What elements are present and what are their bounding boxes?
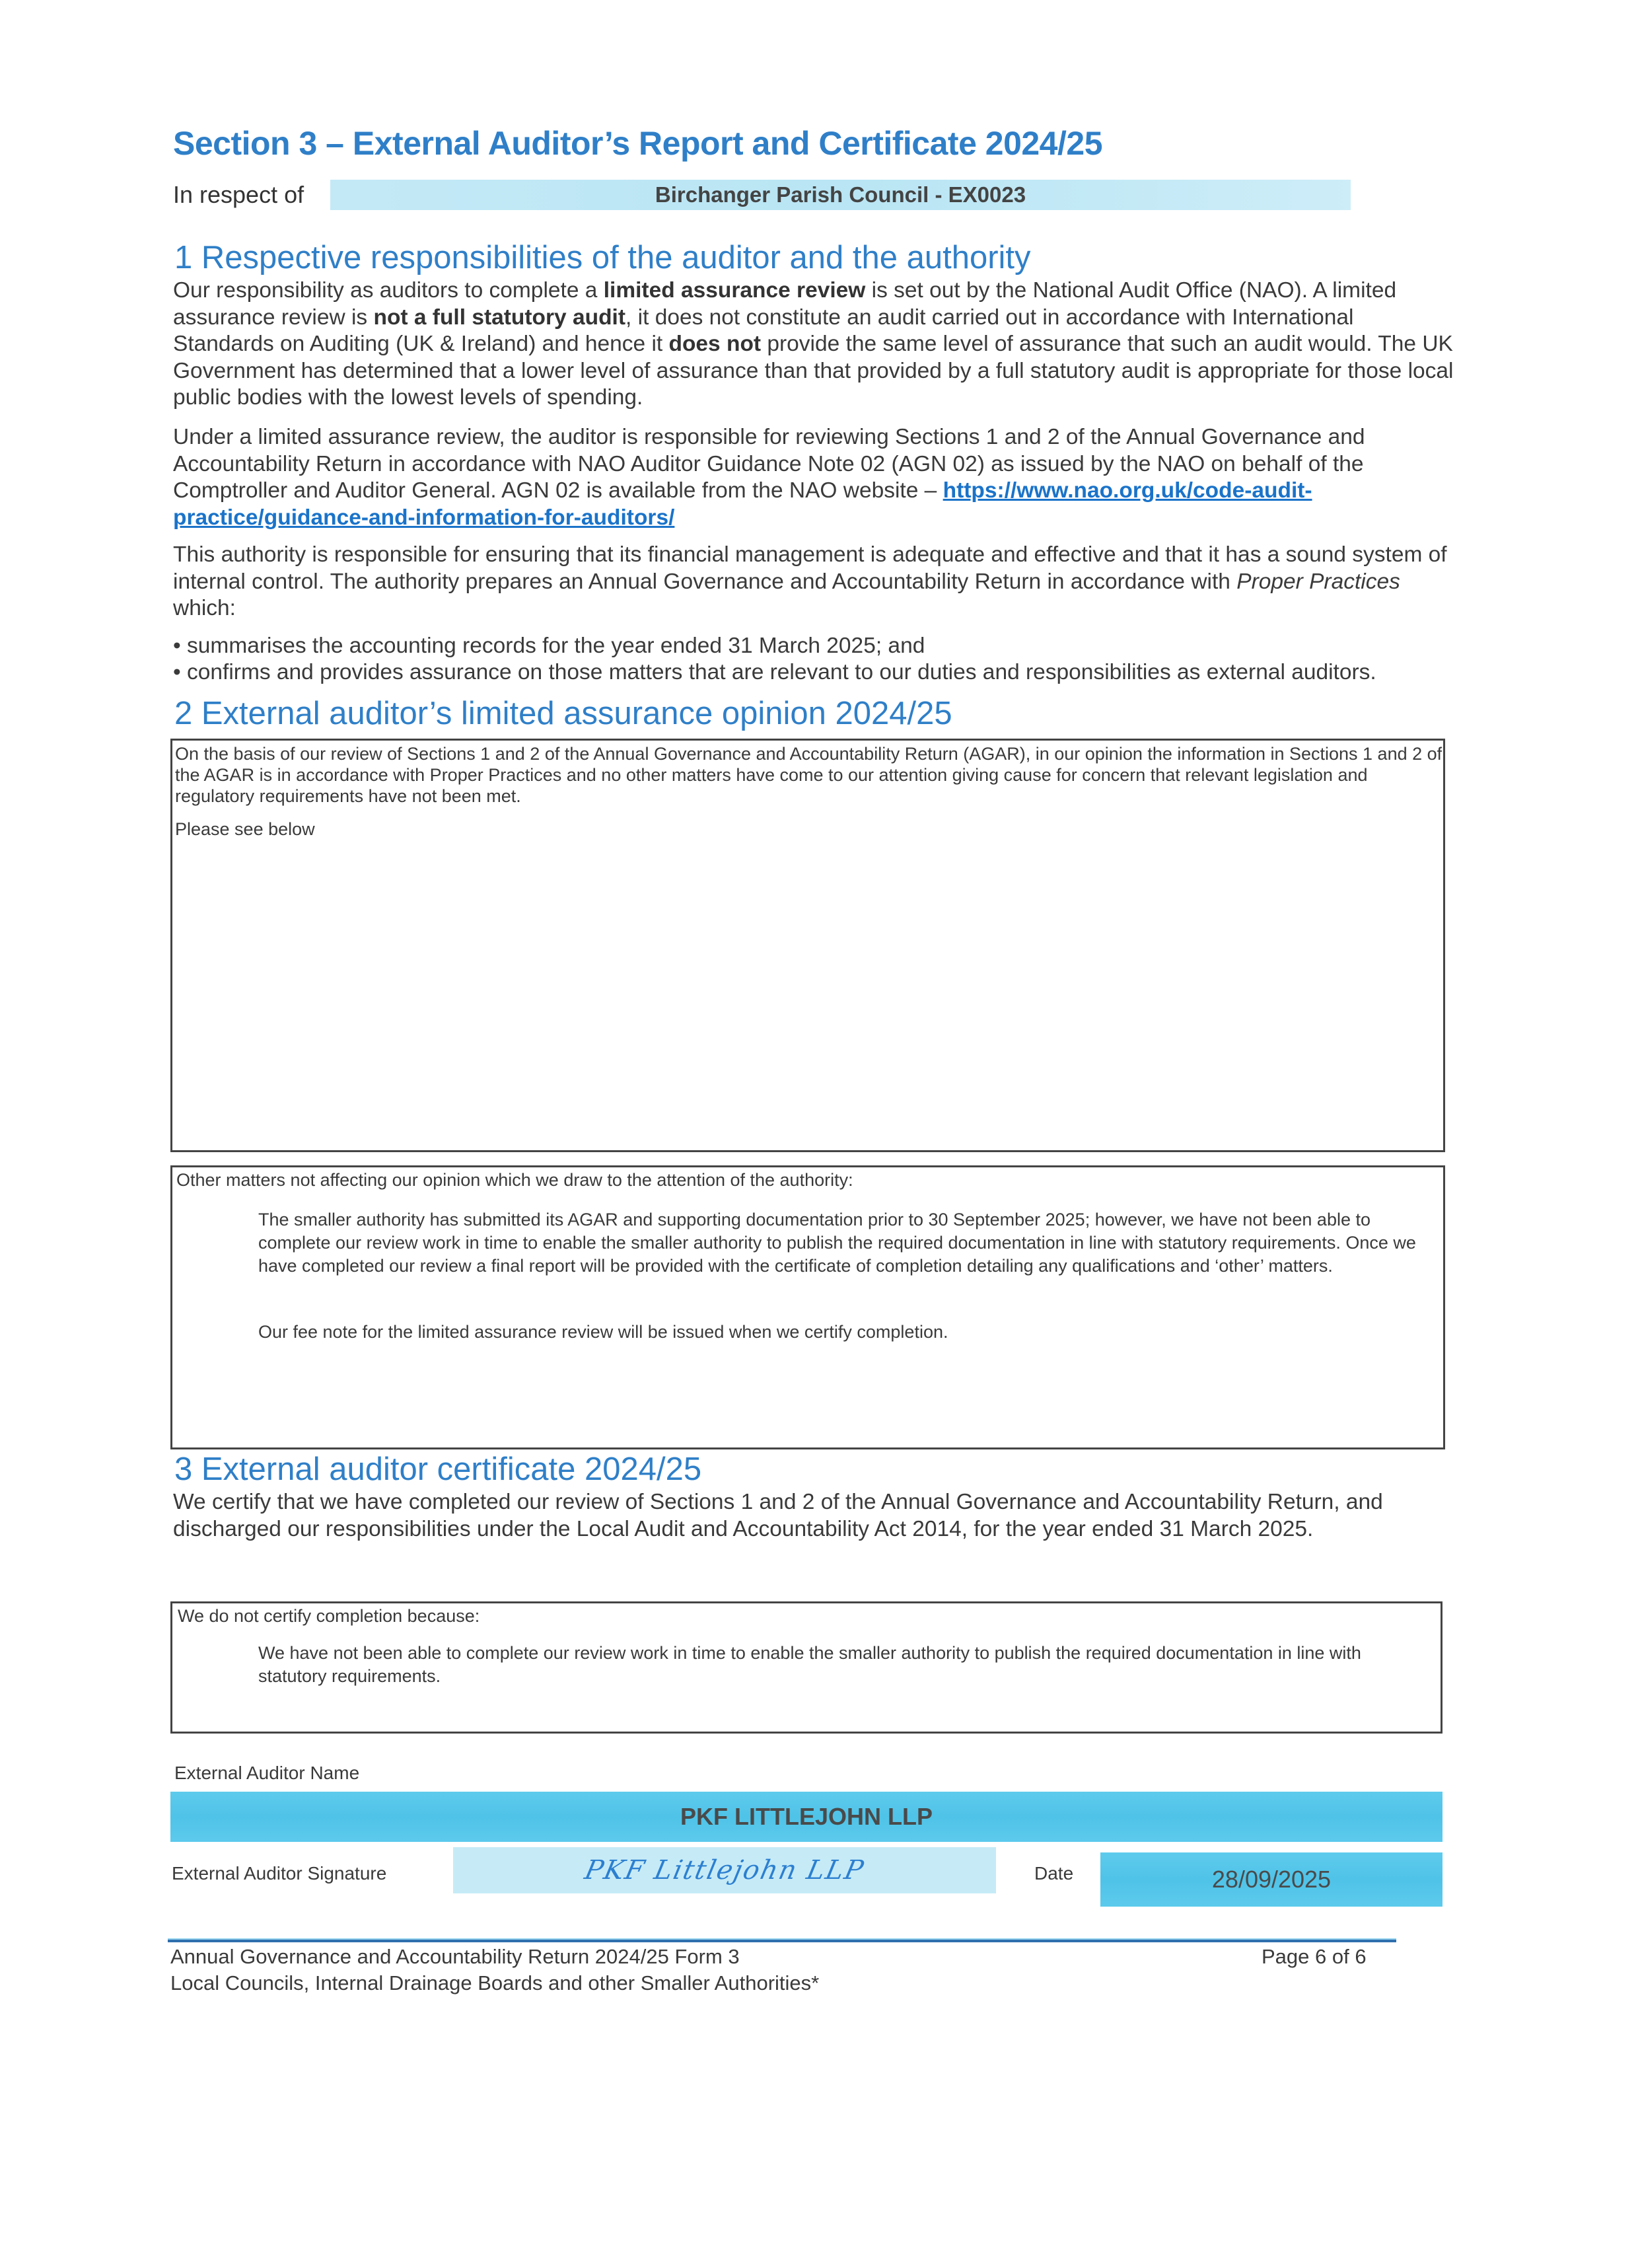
section1-paragraph-2: Under a limited assurance review, the au… [173, 424, 1454, 531]
opinion-note: Please see below [175, 819, 315, 840]
not-certify-box: We do not certify completion because: We… [170, 1601, 1442, 1734]
auditor-signature-field: PKF Littlejohn LLP [453, 1847, 996, 1893]
section1-heading: 1 Respective responsibilities of the aud… [174, 239, 1031, 276]
text: Our responsibility as auditors to comple… [173, 278, 604, 303]
not-certify-reason: We have not been able to complete our re… [258, 1642, 1421, 1688]
text: which: [173, 596, 236, 620]
bullet-item: • summarises the accounting records for … [173, 633, 1454, 660]
bold-text: not a full statutory audit [373, 305, 625, 330]
bold-text: limited assurance review [604, 278, 866, 303]
section1-paragraph-1: Our responsibility as auditors to comple… [173, 277, 1454, 412]
auditor-name-label: External Auditor Name [174, 1763, 359, 1784]
section2-heading: 2 External auditor’s limited assurance o… [174, 695, 952, 732]
italic-text: Proper Practices [1236, 569, 1400, 594]
authority-name-field: Birchanger Parish Council - EX0023 [330, 180, 1351, 210]
auditor-signature-label: External Auditor Signature [172, 1863, 386, 1884]
authority-name: Birchanger Parish Council - EX0023 [655, 182, 1026, 207]
in-respect-of-label: In respect of [173, 181, 304, 209]
auditor-name-value: PKF LITTLEJOHN LLP [680, 1803, 933, 1831]
auditor-name-field: PKF LITTLEJOHN LLP [170, 1792, 1442, 1842]
not-certify-heading: We do not certify completion because: [178, 1606, 480, 1627]
opinion-text: On the basis of our review of Sections 1… [175, 743, 1443, 807]
section1-paragraph-3: This authority is responsible for ensuri… [173, 542, 1454, 622]
date-label: Date [1034, 1863, 1073, 1884]
certify-text: We certify that we have completed our re… [173, 1489, 1428, 1543]
footer-divider [168, 1938, 1396, 1942]
other-matters-heading: Other matters not affecting our opinion … [176, 1170, 853, 1190]
page-number: Page 6 of 6 [1262, 1945, 1367, 1969]
section3-heading: 3 External auditor certificate 2024/25 [174, 1451, 701, 1488]
bold-text: does not [669, 332, 762, 356]
other-matters-paragraph-2: Our fee note for the limited assurance r… [258, 1321, 1421, 1344]
handwritten-signature: PKF Littlejohn LLP [582, 1855, 867, 1885]
other-matters-box: Other matters not affecting our opinion … [170, 1165, 1445, 1449]
page-title: Section 3 – External Auditor’s Report an… [173, 124, 1102, 163]
opinion-box: On the basis of our review of Sections 1… [170, 739, 1445, 1152]
bullet-item: • confirms and provides assurance on tho… [173, 659, 1454, 686]
other-matters-paragraph-1: The smaller authority has submitted its … [258, 1208, 1421, 1278]
date-field: 28/09/2025 [1100, 1852, 1442, 1907]
footer-authority-type: Local Councils, Internal Drainage Boards… [170, 1971, 819, 1995]
footer-form-title: Annual Governance and Accountability Ret… [170, 1945, 740, 1969]
date-value: 28/09/2025 [1212, 1866, 1331, 1893]
